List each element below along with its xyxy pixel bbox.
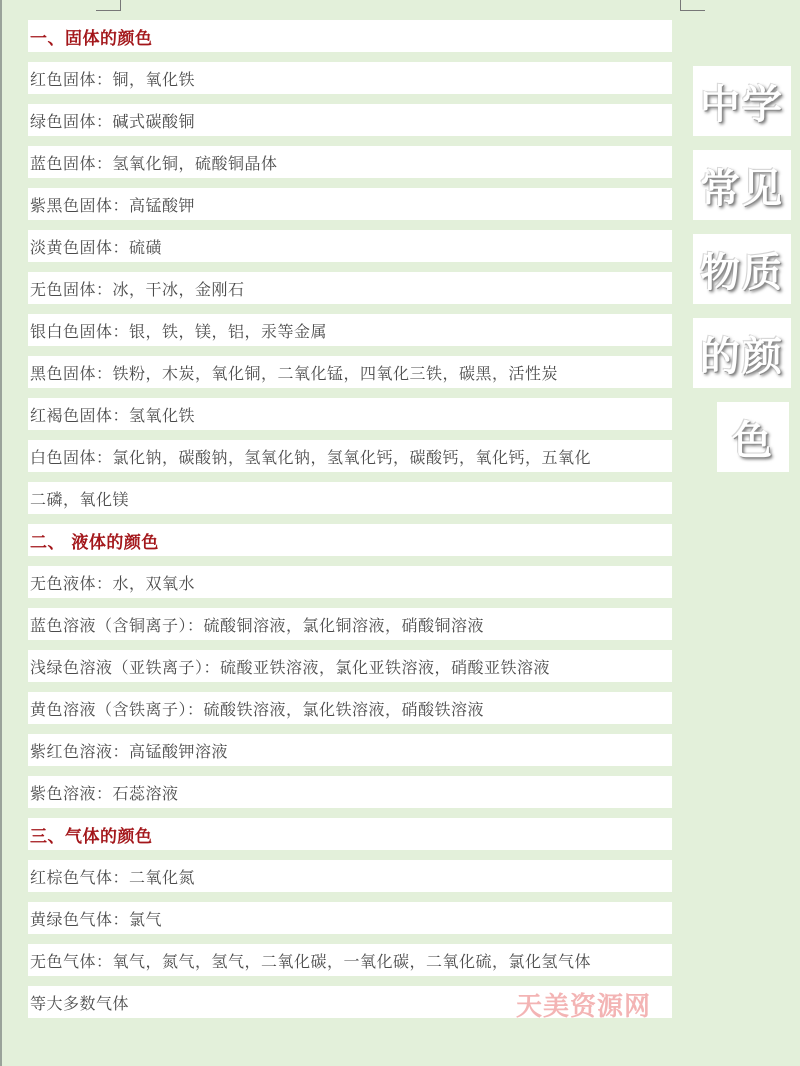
- list-item: 红色固体：铜，氧化铁: [28, 62, 672, 94]
- list-item: 紫黑色固体：高锰酸钾: [28, 188, 672, 220]
- list-item: 淡黄色固体：硫磺: [28, 230, 672, 262]
- document-body: 一、固体的颜色 红色固体：铜，氧化铁 绿色固体：碱式碳酸铜 蓝色固体：氢氧化铜，…: [28, 20, 672, 1028]
- list-item: 黄色溶液（含铁离子）：硫酸铁溶液，氯化铁溶液，硝酸铁溶液: [28, 692, 672, 724]
- vertical-title: 中学 常见 物质 的颜 色: [693, 66, 791, 486]
- list-item: 紫红色溶液：高锰酸钾溶液: [28, 734, 672, 766]
- title-part: 中学: [693, 66, 791, 136]
- list-item: 黄绿色气体：氯气: [28, 902, 672, 934]
- list-item: 蓝色固体：氢氧化铜，硫酸铜晶体: [28, 146, 672, 178]
- watermark: 天美资源网: [516, 986, 651, 1023]
- list-item: 红棕色气体：二氧化氮: [28, 860, 672, 892]
- list-item: 无色固体：冰，干冰，金刚石: [28, 272, 672, 304]
- title-part: 色: [717, 402, 789, 472]
- list-item: 白色固体：氯化钠，碳酸钠，氢氧化钠，氢氧化钙，碳酸钙，氧化钙，五氧化: [28, 440, 672, 472]
- list-item: 红褐色固体：氢氧化铁: [28, 398, 672, 430]
- crop-mark-left: [96, 0, 121, 11]
- list-item: 银白色固体：银，铁，镁，铝，汞等金属: [28, 314, 672, 346]
- title-part: 物质: [693, 234, 791, 304]
- list-item: 二磷，氧化镁: [28, 482, 672, 514]
- list-item: 蓝色溶液（含铜离子）：硫酸铜溶液，氯化铜溶液，硝酸铜溶液: [28, 608, 672, 640]
- list-item: 无色液体：水，双氧水: [28, 566, 672, 598]
- list-item: 绿色固体：碱式碳酸铜: [28, 104, 672, 136]
- section-heading-liquids: 二、 液体的颜色: [28, 524, 672, 556]
- list-item: 浅绿色溶液（亚铁离子）：硫酸亚铁溶液，氯化亚铁溶液，硝酸亚铁溶液: [28, 650, 672, 682]
- list-item: 无色气体：氧气，氮气，氢气，二氧化碳，一氧化碳，二氧化硫，氯化氢气体: [28, 944, 672, 976]
- section-heading-gases: 三、气体的颜色: [28, 818, 672, 850]
- list-item: 紫色溶液：石蕊溶液: [28, 776, 672, 808]
- section-heading-solids: 一、固体的颜色: [28, 20, 672, 52]
- page-left-border: [0, 0, 2, 1066]
- crop-mark-right: [680, 0, 705, 11]
- title-part: 的颜: [693, 318, 791, 388]
- list-item: 黑色固体：铁粉，木炭，氧化铜，二氧化锰，四氧化三铁，碳黑，活性炭: [28, 356, 672, 388]
- title-part: 常见: [693, 150, 791, 220]
